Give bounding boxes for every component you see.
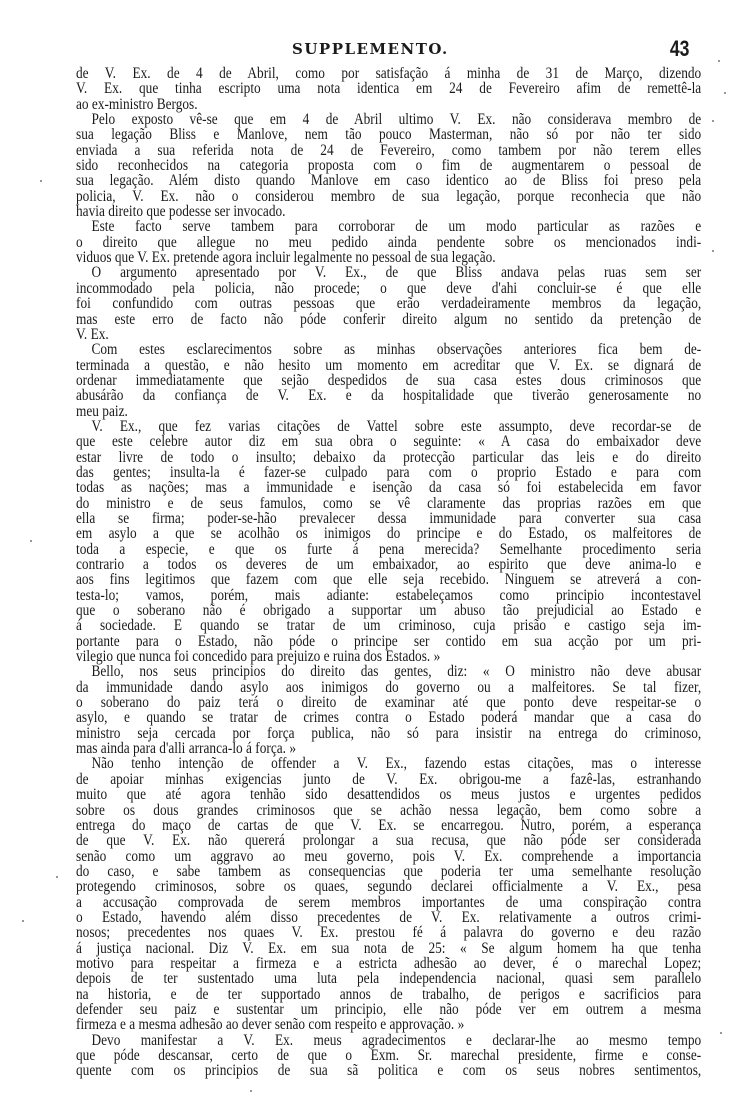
text-line: toda a especie, e que os furte á pena me…	[76, 542, 701, 557]
text-line: Este facto serve tambem para corroborar …	[76, 219, 701, 234]
text-line: da immunidade dando asylo aos inimigos d…	[76, 680, 701, 695]
scan-speck	[718, 60, 720, 62]
scan-speck	[712, 250, 714, 252]
text-line: mas este erro de facto não póde conferir…	[76, 312, 701, 327]
scan-speck	[724, 92, 726, 94]
text-line: policia, V. Ex. não o considerou membro …	[76, 189, 701, 204]
text-line: sua legação. Além disto quando Manlove e…	[76, 173, 701, 188]
text-line: aos fins legitimos que fazem com que ell…	[76, 572, 701, 587]
text-line: ordenar immediatamente que sejão despedi…	[76, 373, 701, 388]
text-line: V. Ex.	[76, 327, 701, 342]
text-line: de que V. Ex. não quererá prolongar a su…	[76, 833, 701, 848]
text-line: Devo manifestar a V. Ex. meus agradecime…	[76, 1033, 701, 1048]
text-line: estar livre de todo o insulto; debaixo d…	[76, 450, 701, 465]
text-line: abusárão da confiança de V. Ex. e da hos…	[76, 388, 701, 403]
scan-speck	[22, 920, 24, 922]
text-line: á justiça nacional. Diz V. Ex. em sua no…	[76, 941, 701, 956]
text-line: contrario a todos os deveres de um embai…	[76, 557, 701, 572]
text-line: Pelo exposto vê-se que em 4 de Abril ult…	[76, 112, 701, 127]
text-line: havia direito que podesse ser invocado.	[76, 204, 701, 219]
body-text: de V. Ex. de 4 de Abril, como por satisf…	[76, 66, 701, 1079]
text-line: incommodado pela policia, não procede; o…	[76, 281, 701, 296]
text-line: na historia, e de ter supportado annos d…	[76, 987, 701, 1002]
text-line: portante para o Estado, não póde o princ…	[76, 634, 701, 649]
text-line: o direito que allegue no meu pedido aind…	[76, 235, 701, 250]
text-line: em asylo a que se acolhão os inimigos do…	[76, 526, 701, 541]
text-line: que este celebre autor diz em sua obra o…	[76, 434, 701, 449]
scan-speck	[56, 876, 58, 878]
text-line: foi confundido com outras pessoas que er…	[76, 296, 701, 311]
text-line: todas as nações; mas a immunidade e isen…	[76, 480, 701, 495]
scan-speck	[30, 540, 32, 542]
text-line: V. Ex. que tinha escripto uma nota ident…	[76, 81, 701, 96]
text-line: do ministro e de seus famulos, como se v…	[76, 496, 701, 511]
text-line: nosos; precedentes nos quaes V. Ex. pres…	[76, 925, 701, 940]
text-line: asylo, e quando se tratar de crimes cont…	[76, 710, 701, 725]
text-line: V. Ex., que fez varias citações de Vatte…	[76, 419, 701, 434]
text-line: O argumento apresentado por V. Ex., de q…	[76, 265, 701, 280]
text-line: ministro seja cercada por força publica,…	[76, 726, 701, 741]
text-line: sobre os dous grandes criminosos que se …	[76, 803, 701, 818]
text-line: a accusação comprovada de serem membros …	[76, 895, 701, 910]
scan-speck	[40, 180, 42, 182]
running-head: SUPPLEMENTO. 43	[76, 38, 701, 62]
text-line: ao ex-ministro Bergos.	[76, 97, 701, 112]
text-line: vilegio que nunca foi concedido para pre…	[76, 649, 701, 664]
scan-speck	[712, 120, 714, 122]
scan-speck	[720, 1032, 722, 1034]
text-line: terminada a questão, e não hesito um mom…	[76, 358, 701, 373]
text-line: muito que até agora tenhão sido desatten…	[76, 787, 701, 802]
text-line: motivo para respeitar a firmeza e a estr…	[76, 956, 701, 971]
text-line: Não tenho intenção de offender a V. Ex.,…	[76, 756, 701, 771]
text-line: mas ainda para d'alli arranca-lo á força…	[76, 741, 701, 756]
text-line: á sociedade. E quando se tratar de um cr…	[76, 618, 701, 633]
text-line: o soberano do paiz terá o direito de exa…	[76, 695, 701, 710]
text-line: das gentes; insulta-la é fazer-se culpad…	[76, 465, 701, 480]
text-line: meu paiz.	[76, 404, 701, 419]
text-line: Com estes esclarecimentos sobre as minha…	[76, 342, 701, 357]
text-line: testa-lo; vamos, porém, mais adiante: es…	[76, 588, 701, 603]
text-line: de apoiar minhas exigencias junto de V. …	[76, 772, 701, 787]
text-line: senão como um aggravo ao meu governo, po…	[76, 849, 701, 864]
text-line: enviada a sua referida nota de 24 de Fev…	[76, 143, 701, 158]
text-line: do caso, e sabe tambem as consequencias …	[76, 864, 701, 879]
text-line: viduos que V. Ex. pretende agora incluir…	[76, 250, 701, 265]
text-line: ella se firma; poder-se-hão prevalecer d…	[76, 511, 701, 526]
text-line: de V. Ex. de 4 de Abril, como por satisf…	[76, 66, 701, 81]
text-line: Bello, nos seus principios do direito da…	[76, 664, 701, 679]
page-number: 43	[669, 36, 689, 62]
text-line: que póde descansar, certo de que o Exm. …	[76, 1048, 701, 1063]
running-title: SUPPLEMENTO.	[292, 40, 449, 58]
text-line: o Estado, havendo além disso precedentes…	[76, 910, 701, 925]
document-page: SUPPLEMENTO. 43 de V. Ex. de 4 de Abril,…	[0, 0, 747, 1104]
text-line: sua legação Bliss e Manlove, nem tão pou…	[76, 127, 701, 142]
text-line: depois de ter sustentado uma luta pela i…	[76, 971, 701, 986]
text-line: quente com os principios de sua sã polit…	[76, 1063, 701, 1078]
text-line: entrega do maço de cartas de que V. Ex. …	[76, 818, 701, 833]
scan-speck	[250, 1090, 252, 1092]
text-line: protegendo criminosos, sobre os quaes, s…	[76, 879, 701, 894]
text-line: firmeza e a mesma adhesão ao dever senão…	[76, 1017, 701, 1032]
text-line: defender seu paiz e sustentar um princip…	[76, 1002, 701, 1017]
text-line: sido reconhecidos na categoria proposta …	[76, 158, 701, 173]
text-line: que o soberano não é obrigado a supporta…	[76, 603, 701, 618]
